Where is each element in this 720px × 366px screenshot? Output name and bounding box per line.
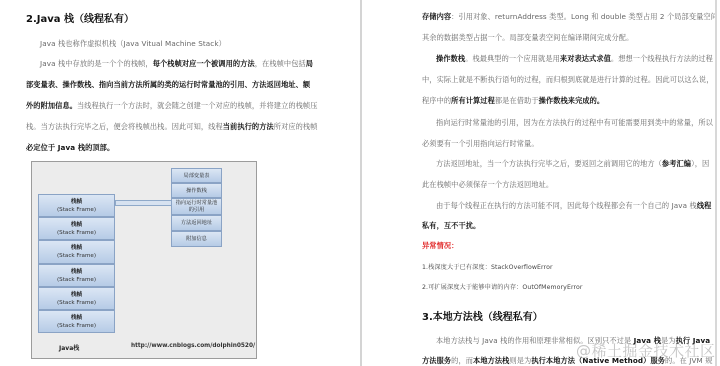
paragraph-line: 必定位于 Java 栈的顶部。 xyxy=(26,143,114,153)
paragraph-line: 操作数栈。栈最典型的一个应用就是用来对表达式求值。想想一个线程执行方法的过程 xyxy=(436,54,713,64)
paragraph-line: 外的附加信息。当线程执行一个方法时，就会随之创建一个对应的栈帧，并将建立的栈帧压 xyxy=(26,101,318,111)
stack-frame: 栈帧(Stack Frame) xyxy=(38,194,115,217)
paragraph-line: 其余的数据类型占据一个。局部变量表空间在编译期间完成分配。 xyxy=(422,33,633,43)
stack-frame: 栈帧(Stack Frame) xyxy=(38,240,115,263)
paragraph-line: 存储内容：引用对象、returnAddress 类型。Long 和 double… xyxy=(422,12,717,22)
detail-local-variables: 局部变量表 xyxy=(171,168,222,183)
frame-detail-column: 局部变量表 操作数栈 指向运行时常量池的引用 方法返回地址 附加信息 xyxy=(171,168,222,247)
page-edge xyxy=(715,0,717,366)
diagram-caption: Java栈 xyxy=(59,343,79,352)
paragraph-line: 必须要有一个引用指向运行时常量。 xyxy=(422,139,539,149)
section-heading-java-stack: 2.Java 栈（线程私有） xyxy=(26,10,134,25)
detail-operand-stack: 操作数栈 xyxy=(171,183,222,198)
paragraph-line: 私有，互不干扰。 xyxy=(422,221,480,231)
paragraph-line: 指向运行时常量池的引用，因为在方法执行的过程中有可能需要用到类中的常量，所以 xyxy=(436,118,713,128)
detail-additional-info: 附加信息 xyxy=(171,231,222,247)
paragraph-line: 由于每个线程正在执行的方法可能不同，因此每个线程都会有一个自己的 Java 栈线… xyxy=(436,201,711,211)
paragraph-line: 中，实际上就是不断执行语句的过程，而归根到底就是进行计算的过程。因此可以这么说， xyxy=(422,75,714,85)
paragraph-line: Java 栈中存放的是一个个的栈帧，每个栈帧对应一个被调用的方法，在栈帧中包括局 xyxy=(40,59,313,69)
left-page: 2.Java 栈（线程私有） Java 栈也称作虚拟机栈（Java Vitual… xyxy=(0,0,361,366)
diagram-source-url: http://www.cnblogs.com/dolphin0520/ xyxy=(131,343,255,349)
exception-item: 1.栈深度大于已有深度：StackOverflowError xyxy=(422,262,553,271)
exception-label: 异常情况： xyxy=(422,241,458,251)
section-heading-native-stack: 3.本地方法栈（线程私有） xyxy=(422,308,543,323)
stack-frame-column: 栈帧(Stack Frame) 栈帧(Stack Frame) 栈帧(Stack… xyxy=(38,194,115,333)
paragraph-line: 方法返回地址，当一个方法执行完毕之后，要返回之前调用它的地方（参考汇编），因 xyxy=(436,159,709,169)
right-page: 存储内容：引用对象、returnAddress 类型。Long 和 double… xyxy=(362,0,717,366)
paragraph-line: 此在栈帧中必须保存一个方法返回地址。 xyxy=(422,180,553,190)
stack-frame: 栈帧(Stack Frame) xyxy=(38,217,115,240)
paragraph-line: 部变量表、操作数栈、指向当前方法所属的类的运行时常量池的引用、方法返回地址、额 xyxy=(26,80,310,90)
arrow-icon xyxy=(115,200,173,206)
java-stack-diagram: 栈帧(Stack Frame) 栈帧(Stack Frame) 栈帧(Stack… xyxy=(31,161,257,359)
paragraph-line: 栈。当方法执行完毕之后，便会将栈帧出栈。因此可知，线程当前执行的方法所对应的栈帧 xyxy=(26,122,318,132)
exception-item: 2.可扩展深度大于能够申请的内存：OutOfMemoryError xyxy=(422,282,583,291)
stack-frame: 栈帧(Stack Frame) xyxy=(38,264,115,287)
stack-frame: 栈帧(Stack Frame) xyxy=(38,287,115,310)
detail-return-address: 方法返回地址 xyxy=(171,215,222,231)
paragraph-line: Java 栈也称作虚拟机栈（Java Vitual Machine Stack） xyxy=(40,39,226,49)
stack-frame: 栈帧(Stack Frame) xyxy=(38,310,115,333)
watermark: @稀土掘金技术社区 xyxy=(576,340,716,361)
detail-constant-pool-ref: 指向运行时常量池的引用 xyxy=(171,198,222,215)
paragraph-line: 程序中的所有计算过程都是在借助于操作数栈来完成的。 xyxy=(422,96,604,106)
